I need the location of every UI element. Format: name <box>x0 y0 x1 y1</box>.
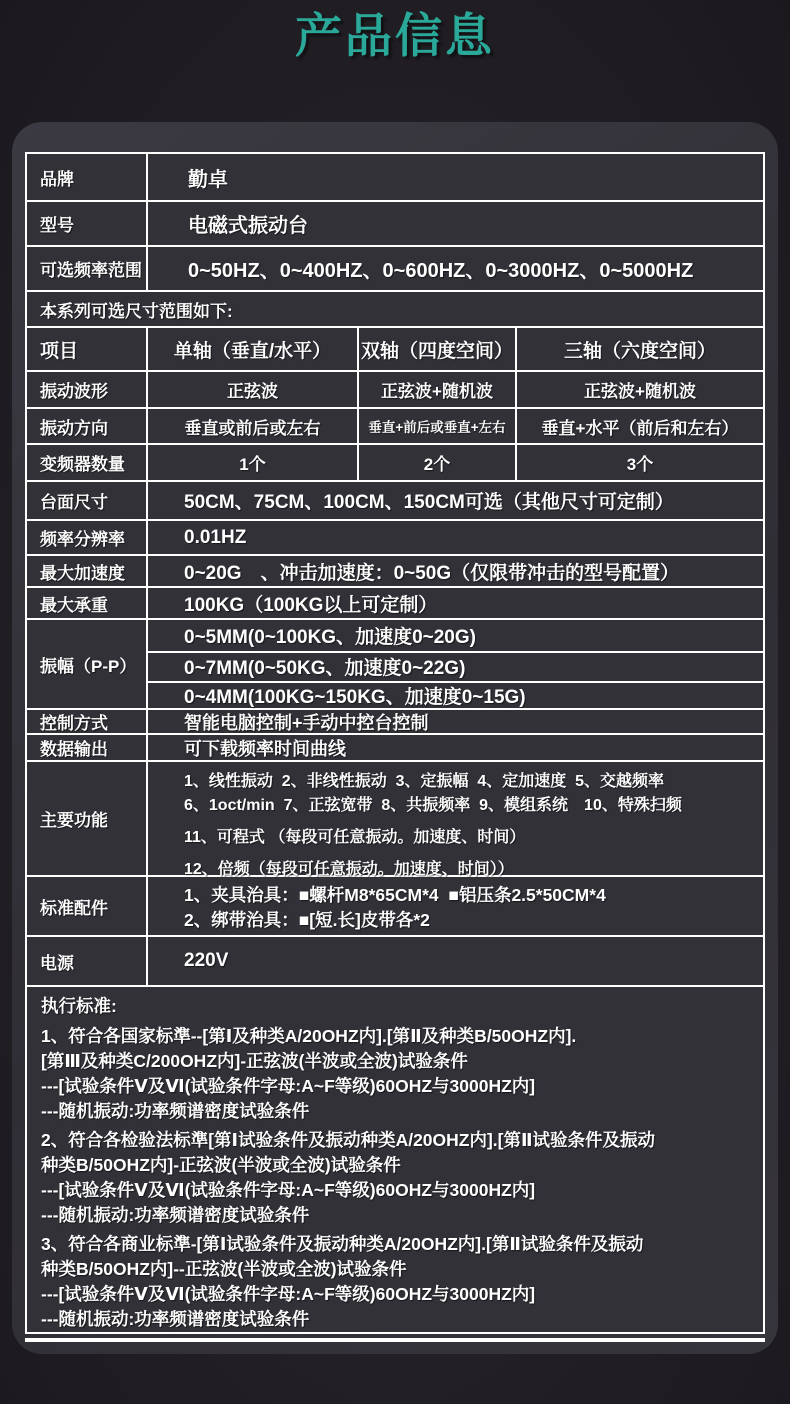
main-functions-list: 1、线性振动 2、非线性振动 3、定振幅 4、定加速度 5、交越频率 6、1oc… <box>148 762 763 875</box>
control-method-label: 控制方式 <box>27 710 148 733</box>
row-inverter-count: 变频器数量 1个 2个 3个 <box>27 445 763 482</box>
standard-accessories-label: 标准配件 <box>27 877 148 935</box>
standards-line: 2、符合各检验法标準[第Ⅰ试验条件及振动种类A/20OHZ内].[第Ⅱ试验条件及… <box>41 1128 751 1153</box>
standards-line: ---随机振动:功率频谱密度试验条件 <box>41 1099 751 1124</box>
amplitude-values: 0~5MM(0~100KG、加速度0~20G) 0~7MM(0~50KG、加速度… <box>148 620 763 708</box>
frequency-resolution-value: 0.01HZ <box>148 521 763 554</box>
row-standard-accessories: 标准配件 1、夹具治具：■螺杆M8*65CM*4 ■铝压条2.5*50CM*4 … <box>27 877 763 937</box>
frequency-resolution-label: 频率分辨率 <box>27 521 148 554</box>
row-axis-header: 项目 单轴（垂直/水平） 双轴（四度空间） 三轴（六度空间） <box>27 328 763 372</box>
row-data-output: 数据输出 可下载频率时间曲线 <box>27 735 763 762</box>
row-table-size: 台面尺寸 50CM、75CM、100CM、150CM可选（其他尺寸可定制） <box>27 482 763 521</box>
row-power: 电源 220V <box>27 937 763 987</box>
standards-heading: 执行标准: <box>41 993 751 1019</box>
power-label: 电源 <box>27 937 148 985</box>
standard-accessories-list: 1、夹具治具：■螺杆M8*65CM*4 ■铝压条2.5*50CM*4 2、绑带治… <box>148 877 763 935</box>
spec-table: 品牌 勤卓 型号 电磁式振动台 可选频率范围 0~50HZ、0~400HZ、0~… <box>25 152 765 1334</box>
model-label: 型号 <box>27 202 148 245</box>
page-title: 产品信息 <box>0 0 790 72</box>
row-max-acceleration: 最大加速度 0~20G 、冲击加速度：0~50G（仅限带冲击的型号配置） <box>27 556 763 588</box>
data-output-value: 可下载频率时间曲线 <box>148 735 763 760</box>
size-note-text: 本系列可选尺寸范围如下: <box>27 292 763 326</box>
axis-header-dual: 双轴（四度空间） <box>359 328 517 370</box>
waveform-dual: 正弦波+随机波 <box>359 372 517 407</box>
row-model: 型号 电磁式振动台 <box>27 202 763 247</box>
data-output-label: 数据输出 <box>27 735 148 760</box>
inverter-count-triple: 3个 <box>517 445 763 480</box>
row-size-note: 本系列可选尺寸范围如下: <box>27 292 763 328</box>
main-functions-line: 1、线性振动 2、非线性振动 3、定振幅 4、定加速度 5、交越频率 <box>184 770 755 794</box>
row-frequency-range: 可选频率范围 0~50HZ、0~400HZ、0~600HZ、0~3000HZ、0… <box>27 247 763 292</box>
frequency-range-label: 可选频率范围 <box>27 247 148 290</box>
row-control-method: 控制方式 智能电脑控制+手动中控台控制 <box>27 710 763 735</box>
standard-accessories-line: 2、绑带治具：■[短.长]皮带各*2 <box>184 908 755 933</box>
inverter-count-label: 变频器数量 <box>27 445 148 480</box>
brand-value: 勤卓 <box>148 154 763 200</box>
max-load-value: 100KG（100KG以上可定制） <box>148 588 763 618</box>
row-max-load: 最大承重 100KG（100KG以上可定制） <box>27 588 763 620</box>
standards-line: 3、符合各商业标準-[第Ⅰ试验条件及振动种类A/20OHZ内].[第Ⅱ试验条件及… <box>41 1232 751 1257</box>
table-bottom-accent-line <box>25 1338 765 1342</box>
inverter-count-single: 1个 <box>148 445 359 480</box>
brand-label: 品牌 <box>27 154 148 200</box>
inverter-count-dual: 2个 <box>359 445 517 480</box>
main-functions-line: 11、可程式 （每段可任意振动。加速度、时间） <box>184 825 755 850</box>
row-amplitude: 振幅（P-P） 0~5MM(0~100KG、加速度0~20G) 0~7MM(0~… <box>27 620 763 710</box>
frequency-range-value: 0~50HZ、0~400HZ、0~600HZ、0~3000HZ、0~5000HZ <box>148 247 763 290</box>
amplitude-value-1: 0~5MM(0~100KG、加速度0~20G) <box>148 620 763 653</box>
standards-line: 种类B/50OHZ内]-正弦波(半波或全波)试验条件 <box>41 1153 751 1178</box>
waveform-label: 振动波形 <box>27 372 148 407</box>
row-main-functions: 主要功能 1、线性振动 2、非线性振动 3、定振幅 4、定加速度 5、交越频率 … <box>27 762 763 877</box>
control-method-value: 智能电脑控制+手动中控台控制 <box>148 710 763 733</box>
axis-header-triple: 三轴（六度空间） <box>517 328 763 370</box>
standards-block: 执行标准: 1、符合各国家标準--[第Ⅰ及种类A/20OHZ内].[第Ⅱ及种类B… <box>27 987 763 1332</box>
table-size-label: 台面尺寸 <box>27 482 148 519</box>
row-direction: 振动方向 垂直或前后或左右 垂直+前后或垂直+左右 垂直+水平（前后和左右） <box>27 409 763 445</box>
waveform-single: 正弦波 <box>148 372 359 407</box>
axis-header-single: 单轴（垂直/水平） <box>148 328 359 370</box>
max-acceleration-label: 最大加速度 <box>27 556 148 586</box>
power-value: 220V <box>148 937 763 985</box>
standards-line: ---[试验条件Ⅴ及Ⅵ(试验条件字母:A~F等级)60OHZ与3000HZ内] <box>41 1178 751 1203</box>
row-standards: 执行标准: 1、符合各国家标準--[第Ⅰ及种类A/20OHZ内].[第Ⅱ及种类B… <box>27 987 763 1332</box>
standards-line: ---随机振动:功率频谱密度试验条件 <box>41 1307 751 1332</box>
standards-line: [第Ⅲ及种类C/200OHZ内]-正弦波(半波或全波)试验条件 <box>41 1049 751 1074</box>
main-functions-label: 主要功能 <box>27 762 148 875</box>
axis-header-item: 项目 <box>27 328 148 370</box>
direction-label: 振动方向 <box>27 409 148 443</box>
standards-line: 种类B/50OHZ内]--正弦波(半波或全波)试验条件 <box>41 1257 751 1282</box>
model-value: 电磁式振动台 <box>148 202 763 245</box>
standards-line: ---[试验条件Ⅴ及Ⅵ(试验条件字母:A~F等级)60OHZ与3000HZ内] <box>41 1074 751 1099</box>
row-frequency-resolution: 频率分辨率 0.01HZ <box>27 521 763 556</box>
row-waveform: 振动波形 正弦波 正弦波+随机波 正弦波+随机波 <box>27 372 763 409</box>
direction-triple: 垂直+水平（前后和左右） <box>517 409 763 443</box>
product-info-card: 品牌 勤卓 型号 电磁式振动台 可选频率范围 0~50HZ、0~400HZ、0~… <box>12 122 778 1354</box>
max-load-label: 最大承重 <box>27 588 148 618</box>
standard-accessories-line: 1、夹具治具：■螺杆M8*65CM*4 ■铝压条2.5*50CM*4 <box>184 883 755 908</box>
amplitude-label: 振幅（P-P） <box>27 620 148 708</box>
max-acceleration-value: 0~20G 、冲击加速度：0~50G（仅限带冲击的型号配置） <box>148 556 763 586</box>
standards-line: ---[试验条件Ⅴ及Ⅵ(试验条件字母:A~F等级)60OHZ与3000HZ内] <box>41 1282 751 1307</box>
row-brand: 品牌 勤卓 <box>27 154 763 202</box>
direction-single: 垂直或前后或左右 <box>148 409 359 443</box>
main-functions-line: 6、1oct/min 7、正弦宽带 8、共振频率 9、模组系统 10、特殊扫频 <box>184 794 755 818</box>
waveform-triple: 正弦波+随机波 <box>517 372 763 407</box>
table-size-value: 50CM、75CM、100CM、150CM可选（其他尺寸可定制） <box>148 482 763 519</box>
standards-line: 1、符合各国家标準--[第Ⅰ及种类A/20OHZ内].[第Ⅱ及种类B/50OHZ… <box>41 1024 751 1049</box>
direction-dual: 垂直+前后或垂直+左右 <box>359 409 517 443</box>
standards-line: ---随机振动:功率频谱密度试验条件 <box>41 1203 751 1228</box>
amplitude-value-2: 0~7MM(0~50KG、加速度0~22G) <box>148 653 763 683</box>
page-background: 产品信息 品牌 勤卓 型号 电磁式振动台 可选频率范围 0~50HZ、0~400… <box>0 0 790 1404</box>
amplitude-value-3: 0~4MM(100KG~150KG、加速度0~15G) <box>148 683 763 708</box>
